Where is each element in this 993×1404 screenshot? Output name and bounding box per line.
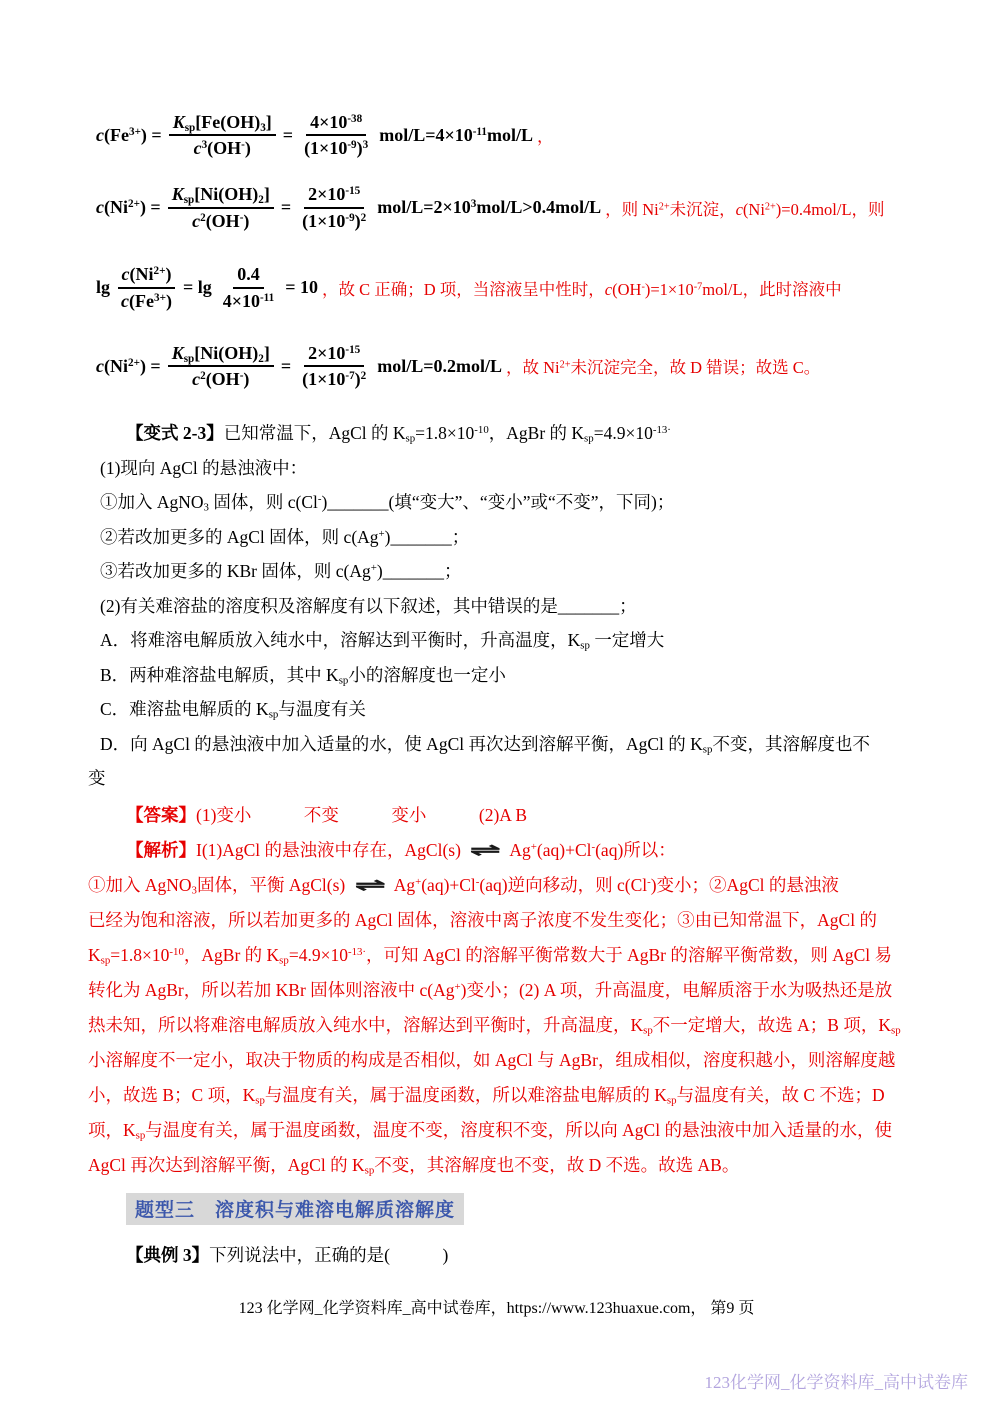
page-footer: 123 化学网_化学资料库_高中试卷库，https://www.123huaxu… [0, 1295, 993, 1318]
analysis-line: 热未知，所以将难溶电解质放入纯水中，溶解达到平衡时，升高温度，Ksp不一定增大，… [88, 1008, 908, 1043]
formula-result: mol/L=4×10-11mol/L [379, 125, 533, 146]
analysis-line: AgCl 再次达到溶解平衡，AgCl 的 Ksp不变，其溶解度也不变，故 D 不… [88, 1148, 908, 1183]
analysis-line: Ksp=1.8×10-10，AgBr 的 Ksp=4.9×10-13·，可知 A… [88, 938, 908, 973]
option-d-line2: 变 [88, 761, 908, 796]
formula-line-2: c(Ni2+) = Ksp[Ni(OH)2] c2(OH-) = 2×10-15… [88, 170, 908, 245]
page-content: c(Fe3+) = Ksp[Fe(OH)3] c3(OH-) = 4×10-38… [88, 100, 908, 1272]
document-page: c(Fe3+) = Ksp[Fe(OH)3] c3(OH-) = 4×10-38… [0, 0, 993, 1404]
fraction-numerator: c(Ni2+) [118, 263, 176, 289]
analysis-line: 【解析】I(1)AgCl 的悬浊液中存在，AgCl(s) ⇌ Ag+(aq)+C… [88, 833, 908, 868]
formula-line-3: lg c(Ni2+) c(Fe3+) = lg 0.4 4×10-11 = 10… [88, 245, 908, 330]
fraction-denominator: c3(OH-) [190, 136, 255, 160]
analysis-line: 项，Ksp与温度有关，属于温度函数，温度不变，溶度积不变，所以向 AgCl 的悬… [88, 1113, 908, 1148]
fraction-numerator: Ksp[Ni(OH)2] [168, 183, 274, 209]
answer-line: 【答案】(1)变小 不变 变小 (2)A B [88, 798, 908, 833]
question-blank-1: ①加入 AgNO3 固体，则 c(Cl-)_______(填“变大”、“变小”或… [88, 485, 908, 520]
fraction-numerator: Ksp[Ni(OH)2] [168, 342, 274, 368]
fraction-numerator: Ksp[Fe(OH)3] [169, 111, 276, 137]
question-part-2: (2)有关难溶盐的溶度积及溶解度有以下叙述，其中错误的是_______； [88, 589, 908, 624]
site-watermark: 123化学网_化学资料库_高中试卷库 [705, 1368, 969, 1393]
option-c: C．难溶盐电解质的 Ksp与温度有关 [88, 692, 908, 727]
fraction: 2×10-15 (1×10-9)2 [298, 183, 370, 232]
question-part-1: (1)现向 AgCl 的悬浊液中： [88, 451, 908, 486]
section-3-header: 题型三 溶度积与难溶电解质溶解度 [126, 1193, 464, 1225]
fraction: Ksp[Fe(OH)3] c3(OH-) [169, 111, 276, 160]
fraction-numerator: 2×10-15 [304, 183, 364, 209]
formula-lhs: c(Ni2+) = [96, 356, 161, 377]
solution-remark: ，则 Ni2+未沉淀，c(Ni2+)=0.4mol/L，则 [605, 196, 884, 220]
fraction: Ksp[Ni(OH)2] c2(OH-) [168, 183, 274, 232]
option-a: A．将难溶电解质放入纯水中，溶解达到平衡时，升高温度，Ksp 一定增大 [88, 623, 908, 658]
example-3-question: 【典例 3】下列说法中，正确的是( ) [88, 1238, 908, 1273]
fraction-denominator: (1×10-9)3 [300, 136, 372, 160]
fraction-denominator: 4×10-11 [219, 289, 279, 313]
formula-line-4: c(Ni2+) = Ksp[Ni(OH)2] c2(OH-) = 2×10-15… [88, 330, 908, 402]
analysis-line: ①加入 AgNO3固体，平衡 AgCl(s) ⇌ Ag+(aq)+Cl-(aq)… [88, 868, 908, 903]
analysis-line: 小，故选 B；C 项，Ksp与温度有关，属于温度函数，所以难溶盐电解质的 Ksp… [88, 1078, 908, 1113]
solution-remark: ， [537, 123, 554, 147]
question-blank-3: ③若改加更多的 KBr 固体，则 c(Ag+)_______； [88, 554, 908, 589]
option-b: B．两种难溶盐电解质，其中 Ksp小的溶解度也一定小 [88, 658, 908, 693]
fraction: c(Ni2+) c(Fe3+) [117, 263, 176, 312]
formula-lhs: c(Fe3+) = [96, 125, 162, 146]
solution-remark: ，故 Ni2+未沉淀完全，故 D 错误；故选 C。 [506, 354, 820, 378]
equals-sign: = [281, 356, 291, 377]
formula-result: mol/L=0.2mol/L [377, 356, 502, 377]
fraction-denominator: (1×10-9)2 [298, 209, 370, 233]
fraction-denominator: c2(OH-) [188, 367, 253, 391]
fraction-numerator: 4×10-38 [306, 111, 366, 137]
fraction: 2×10-15 (1×10-7)2 [298, 342, 370, 391]
formula-lhs: c(Ni2+) = [96, 197, 161, 218]
fraction: 4×10-38 (1×10-9)3 [300, 111, 372, 160]
formula-mid: = lg [183, 277, 212, 298]
fraction-numerator: 0.4 [233, 263, 264, 289]
formula-result: = 10 [285, 277, 318, 298]
formula-lhs: lg [96, 277, 110, 298]
fraction-numerator: 2×10-15 [304, 342, 364, 368]
fraction: Ksp[Ni(OH)2] c2(OH-) [168, 342, 274, 391]
formula-line-1: c(Fe3+) = Ksp[Fe(OH)3] c3(OH-) = 4×10-38… [88, 100, 908, 170]
analysis-line: 已经为饱和溶液，所以若加更多的 AgCl 固体，溶液中离子浓度不发生变化；③由已… [88, 903, 908, 938]
fraction-denominator: c(Fe3+) [117, 289, 176, 313]
option-d-line1: D．向 AgCl 的悬浊液中加入适量的水，使 AgCl 再次达到溶解平衡，AgC… [88, 727, 908, 762]
equals-sign: = [283, 125, 293, 146]
fraction: 0.4 4×10-11 [219, 263, 279, 312]
fraction-denominator: (1×10-7)2 [298, 367, 370, 391]
equals-sign: = [281, 197, 291, 218]
analysis-line: 转化为 AgBr，所以若加 KBr 固体则溶液中 c(Ag+)变小；(2) A … [88, 973, 908, 1008]
question-blank-2: ②若改加更多的 AgCl 固体，则 c(Ag+)_______； [88, 520, 908, 555]
analysis-line: 小溶解度不一定小，取决于物质的构成是否相似，如 AgCl 与 AgBr，组成相似… [88, 1043, 908, 1078]
variation-2-3-heading: 【变式 2-3】已知常温下，AgCl 的 Ksp=1.8×10-10，AgBr … [88, 416, 908, 451]
fraction-denominator: c2(OH-) [188, 209, 253, 233]
formula-result: mol/L=2×103mol/L>0.4mol/L [377, 197, 601, 218]
solution-remark: ，故 C 正确；D 项，当溶液呈中性时，c(OH-)=1×10-7mol/L，此… [322, 276, 842, 300]
